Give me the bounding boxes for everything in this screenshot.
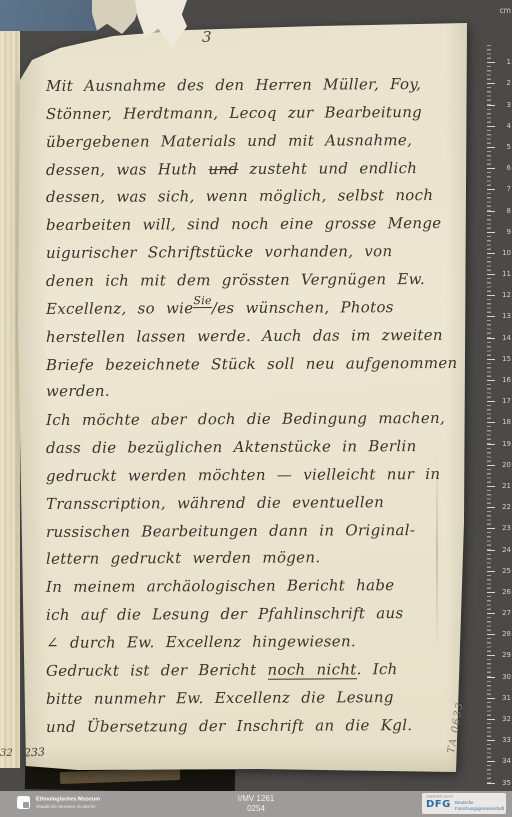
ruler-mark: 33 [487, 720, 511, 741]
manuscript-line: und Übersetzung der Inschrift an die Kgl… [46, 716, 412, 736]
manuscript-text: In meinem archäologischen Bericht habe [46, 576, 395, 596]
manuscript-text: russischen Bearbeitungen dann in Origina… [46, 521, 415, 541]
manuscript-text: übergebenen Materials und mit Ausnahme, [46, 131, 412, 151]
edge-foliation-number: 32 [0, 748, 13, 759]
manuscript-text: und Übersetzung der Inschrift an die Kgl… [46, 716, 412, 736]
manuscript-text: /es wünschen, Photos [212, 298, 394, 317]
foliation-number: 233 [24, 745, 46, 759]
ruler-mark: 19 [487, 423, 511, 444]
ruler-mark: 17 [487, 381, 511, 402]
manuscript-line: ∠ durch Ew. Excellenz hingewiesen. [46, 632, 356, 652]
funding-label: Gefördert durch [426, 795, 453, 799]
ruler-mark: 26 [487, 572, 511, 593]
dfg-logo: DFG [426, 799, 451, 810]
footer-bar: Ethnologisches Museum Staatliche Museen … [0, 791, 512, 817]
manuscript-line: Stönner, Herdtmann, Lecoq zur Bearbeitun… [46, 103, 422, 123]
manuscript-text: . Ich [357, 660, 398, 678]
manuscript-line: dass die bezüglichen Aktenstücke in Berl… [46, 437, 417, 457]
manuscript-line: Briefe bezeichnete Stück soll neu aufgen… [46, 353, 458, 373]
funding-org-line1: Deutsche [455, 801, 504, 804]
ruler-mark: 8 [487, 190, 511, 211]
manuscript-line: denen ich mit dem grössten Vergnügen Ew. [46, 270, 425, 290]
ruler-mark: 5 [487, 127, 511, 148]
manuscript-text: uigurischer Schriftstücke vorhanden, von [46, 242, 393, 262]
ruler-mark: 4 [487, 106, 511, 127]
manuscript-text: Mit Ausnahme des den Herren Müller, Foy, [46, 75, 421, 95]
manuscript-line: dessen, was sich, wenn möglich, selbst n… [46, 186, 433, 206]
ruler-mark: 11 [487, 254, 511, 275]
ruler-mark: 21 [487, 466, 511, 487]
manuscript-text: werden. [46, 382, 110, 400]
manuscript-text: Ich möchte aber doch die Bedingung mache… [46, 409, 445, 429]
manuscript-text: dessen, was sich, wenn möglich, selbst n… [46, 186, 433, 206]
manuscript-text: Transscription, während die eventuellen [46, 493, 384, 513]
ruler-mark: 14 [487, 317, 511, 338]
ruler-mark: 25 [487, 551, 511, 572]
manuscript-line: Transscription, während die eventuellen [46, 493, 384, 513]
ruler-mark: 35 [487, 762, 511, 783]
ruler-mark: 20 [487, 445, 511, 466]
ruler-mark: 16 [487, 360, 511, 381]
manuscript-text: zusteht und endlich [238, 159, 417, 178]
page-number: 3 [202, 28, 212, 46]
manuscript-text: dessen, was Huth [46, 160, 209, 179]
manuscript-text: Stönner, Herdtmann, Lecoq zur Bearbeitun… [46, 103, 422, 123]
manuscript-text: denen ich mit dem grössten Vergnügen Ew. [46, 270, 425, 290]
torn-paper [92, 0, 142, 34]
funding-org-line2: Forschungsgemeinschaft [455, 807, 504, 810]
ruler-mark: 24 [487, 529, 511, 550]
ruler-mark: 13 [487, 296, 511, 317]
ruler-mark: 15 [487, 339, 511, 360]
ruler-mark: 1 [487, 42, 511, 63]
manuscript-line: Excellenz, so wieSie/es wünschen, Photos [46, 298, 394, 318]
manuscript-line: werden. [46, 382, 110, 400]
ruler-mark: 32 [487, 699, 511, 720]
manuscript-text: Excellenz, so wie [46, 299, 193, 318]
ruler-mark: 28 [487, 614, 511, 635]
manuscript-line: Gedruckt ist der Bericht noch nicht. Ich [46, 660, 398, 680]
manuscript-text: bearbeiten will, sind noch eine grosse M… [46, 214, 442, 234]
manuscript-text: Briefe bezeichnete Stück soll neu aufgen… [46, 353, 458, 373]
manuscript-line: herstellen lassen werde. Auch das im zwe… [46, 326, 443, 346]
manuscript-line: gedruckt werden möchten — vielleicht nur… [46, 465, 440, 485]
ruler-mark: 9 [487, 212, 511, 233]
manuscript-line: übergebenen Materials und mit Ausnahme, [46, 131, 412, 151]
manuscript-text: gedruckt werden möchten — vielleicht nur… [46, 465, 440, 485]
manuscript-line: Mit Ausnahme des den Herren Müller, Foy, [46, 75, 421, 95]
ruler-mark: 34 [487, 741, 511, 762]
manuscript-text: ich auf die Lesung der Pfahlinschrift au… [46, 604, 404, 624]
funding-org: Deutsche Forschungsgemeinschaft [455, 800, 512, 812]
manuscript-text: und [208, 160, 238, 178]
ruler-mark: 29 [487, 635, 511, 656]
ruler-mark: 22 [487, 487, 511, 508]
ruler-mark: 7 [487, 169, 511, 190]
manuscript-text: noch nicht [267, 660, 356, 679]
scan-backdrop: 32 3 Mit Ausnahme des den Herren Müller,… [0, 0, 512, 817]
manuscript-text: Gedruckt ist der Bericht [46, 661, 268, 680]
ruler-unit-label: cm [487, 6, 511, 15]
manuscript-line: dessen, was Huth und zusteht und endlich [46, 159, 417, 179]
ruler-mark: 10 [487, 233, 511, 254]
ruler-mark: 2 [487, 63, 511, 84]
manuscript-text: herstellen lassen werde. Auch das im zwe… [46, 326, 443, 346]
ruler-mark: 3 [487, 84, 511, 105]
manuscript-page: 3 Mit Ausnahme des den Herren Müller, Fo… [18, 22, 468, 774]
book-page-edges [0, 28, 20, 768]
book-cover-fragment [0, 0, 97, 31]
manuscript-line: In meinem archäologischen Bericht habe [46, 576, 395, 596]
ruler-mark: 30 [487, 656, 511, 677]
manuscript-text: dass die bezüglichen Aktenstücke in Berl… [46, 437, 417, 457]
manuscript-text: bitte nunmehr Ew. Excellenz die Lesung [46, 688, 394, 708]
manuscript-line: lettern gedruckt werden mögen. [46, 549, 320, 568]
ruler-mark: 23 [487, 508, 511, 529]
ruler-number: 35 [502, 779, 511, 787]
ruler-scale: 1234567891011121314151617181920212223242… [487, 42, 511, 784]
ruler-mark: 18 [487, 402, 511, 423]
manuscript-text: ∠ durch Ew. Excellenz hingewiesen. [46, 632, 356, 652]
manuscript-line: bitte nunmehr Ew. Excellenz die Lesung [46, 688, 394, 708]
manuscript-line: russischen Bearbeitungen dann in Origina… [46, 521, 415, 541]
manuscript-line: Ich möchte aber doch die Bedingung mache… [46, 409, 445, 429]
manuscript-text: lettern gedruckt werden mögen. [46, 549, 320, 568]
ruler-mark: 27 [487, 593, 511, 614]
manuscript-text: Sie [193, 294, 212, 308]
ruler-mark: 6 [487, 148, 511, 169]
manuscript-line: ich auf die Lesung der Pfahlinschrift au… [46, 604, 404, 624]
manuscript-line: bearbeiten will, sind noch eine grosse M… [46, 214, 442, 234]
funding-box: Gefördert durch DFG Deutsche Forschungsg… [422, 793, 506, 814]
manuscript-line: uigurischer Schriftstücke vorhanden, von [46, 242, 393, 262]
ruler-mark: 31 [487, 678, 511, 699]
ruler-mark: 12 [487, 275, 511, 296]
